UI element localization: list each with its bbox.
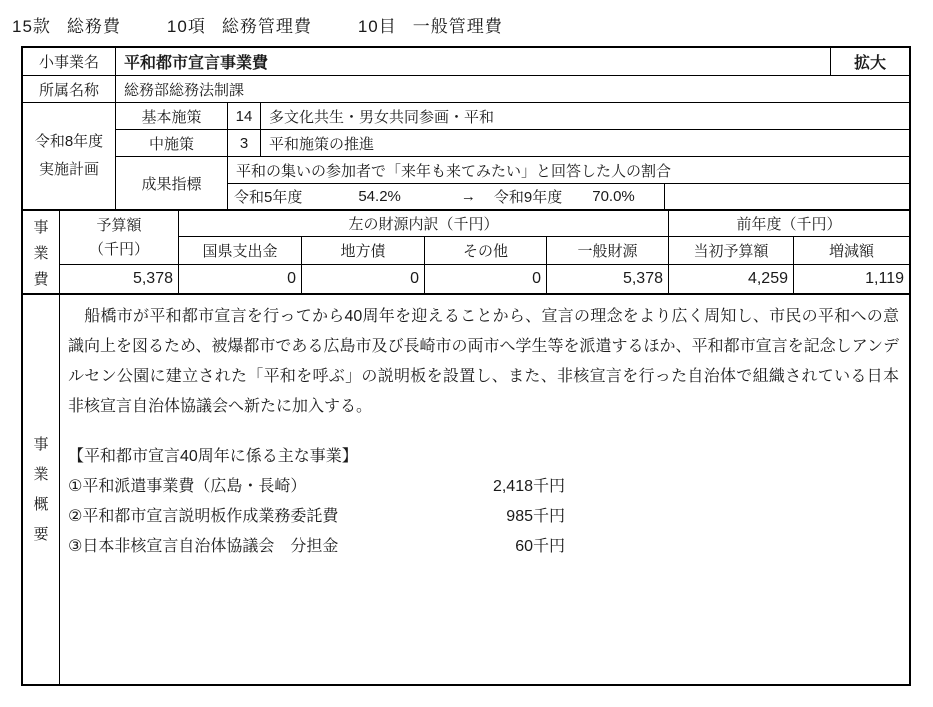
classification-moku: 10目 一般管理費 — [358, 12, 503, 37]
indicator-empty-cell — [665, 184, 909, 209]
plan-rows: 基本施策 14 多文化共生・男女共同参画・平和 中施策 3 平和施策の推進 成果… — [116, 103, 909, 209]
source-national-prefectural-value: 0 — [179, 265, 302, 293]
project-overview-section: 事 業 概 要 船橋市が平和都市宣言を行ってから40周年を迎えることから、宣言の… — [23, 293, 909, 684]
classification-kou: 10項 総務管理費 — [167, 12, 312, 37]
indicator-arrow: → — [461, 188, 476, 205]
outcome-indicator-label: 成果指標 — [116, 157, 228, 209]
indicator-base-value: 54.2% — [358, 188, 401, 205]
funding-sources-group-header: 左の財源内訳（千円） — [179, 211, 669, 237]
overview-label-char-3: 概 — [33, 490, 48, 520]
cost-label-char-2: 業 — [33, 242, 48, 263]
plan-year-label: 令和8年度 実施計画 — [23, 103, 116, 209]
previous-initial-budget-value: 4,259 — [669, 265, 794, 293]
indicator-target-year: 令和9年度 — [494, 186, 562, 207]
overview-label-char-4: 要 — [33, 520, 48, 550]
project-cost-section: 事 業 費 予算額 （千円） 左の財源内訳（千円） 前年度（千円） 国県支出金 … — [23, 209, 909, 293]
project-overview-content: 船橋市が平和都市宣言を行ってから40周年を迎えることから、宣言の理念をより広く周… — [60, 295, 909, 684]
previous-year-group-header: 前年度（千円） — [669, 211, 909, 237]
overview-item-1: ①平和派遣事業費（広島・長崎） 2,418千円 — [68, 472, 565, 502]
overview-label-char-1: 事 — [33, 430, 48, 460]
previous-initial-budget-header: 当初予算額 — [669, 237, 794, 265]
project-overview-vertical-label: 事 業 概 要 — [23, 295, 60, 684]
expansion-badge: 拡大 — [831, 48, 909, 75]
overview-label-char-2: 業 — [33, 460, 48, 490]
source-local-bonds-header: 地方債 — [302, 237, 425, 265]
mid-policy-label: 中施策 — [116, 130, 228, 156]
budget-sheet-table: 小事業名 平和都市宣言事業費 拡大 所属名称 総務部総務法制課 令和8年度 実施… — [21, 46, 911, 686]
mid-policy-row: 中施策 3 平和施策の推進 — [116, 130, 909, 157]
budget-amount-header-line1: 予算額 — [96, 214, 141, 238]
department-value: 総務部総務法制課 — [116, 76, 909, 102]
overview-item-2: ②平和都市宣言説明板作成業務委託費 985千円 — [68, 502, 565, 532]
overview-item-1-label: ①平和派遣事業費（広島・長崎） — [68, 472, 306, 502]
budget-classification-line: 15款 総務費 10項 総務管理費 10目 一般管理費 — [12, 12, 503, 37]
overview-paragraph: 船橋市が平和都市宣言を行ってから40周年を迎えることから、宣言の理念をより広く周… — [68, 302, 899, 422]
overview-item-3-amount: 60千円 — [515, 532, 565, 562]
previous-change-value: 1,119 — [794, 265, 909, 293]
outcome-indicator-block: 成果指標 平和の集いの参加者で「来年も来てみたい」と回答した人の割合 令和5年度… — [116, 157, 909, 209]
basic-policy-number: 14 — [228, 103, 261, 129]
budget-amount-value: 5,378 — [60, 265, 179, 293]
indicator-target-value: 70.0% — [592, 188, 635, 205]
overview-subheading: 【平和都市宣言40周年に係る主な事業】 — [68, 442, 899, 472]
cost-label-char-3: 費 — [33, 268, 48, 289]
outcome-indicator-content: 平和の集いの参加者で「来年も来てみたい」と回答した人の割合 令和5年度 54.2… — [228, 157, 909, 209]
overview-item-1-amount: 2,418千円 — [493, 472, 565, 502]
project-name-label: 小事業名 — [23, 48, 116, 75]
overview-item-3: ③日本非核宣言自治体協議会 分担金 60千円 — [68, 532, 565, 562]
project-name-row: 小事業名 平和都市宣言事業費 拡大 — [23, 48, 909, 76]
kan-name: 総務費 — [67, 12, 121, 37]
kou-name: 総務管理費 — [222, 12, 312, 37]
outcome-indicator-progress: 令和5年度 54.2% → 令和9年度 70.0% — [228, 184, 665, 209]
source-general-funds-value: 5,378 — [547, 265, 669, 293]
budget-amount-header-line2: （千円） — [89, 238, 149, 262]
outcome-indicator-progress-row: 令和5年度 54.2% → 令和9年度 70.0% — [228, 184, 909, 209]
basic-policy-label: 基本施策 — [116, 103, 228, 129]
source-other-value: 0 — [425, 265, 547, 293]
kan-code: 15款 — [12, 12, 51, 37]
source-local-bonds-value: 0 — [302, 265, 425, 293]
overview-item-2-label: ②平和都市宣言説明板作成業務委託費 — [68, 502, 338, 532]
source-other-header: その他 — [425, 237, 547, 265]
plan-year-label-line1: 令和8年度 — [35, 128, 103, 156]
outcome-indicator-description: 平和の集いの参加者で「来年も来てみたい」と回答した人の割合 — [228, 157, 909, 184]
department-row: 所属名称 総務部総務法制課 — [23, 76, 909, 103]
source-general-funds-header: 一般財源 — [547, 237, 669, 265]
implementation-plan-section: 令和8年度 実施計画 基本施策 14 多文化共生・男女共同参画・平和 中施策 3… — [23, 103, 909, 209]
moku-code: 10目 — [358, 12, 397, 37]
department-label: 所属名称 — [23, 76, 116, 102]
mid-policy-number: 3 — [228, 130, 261, 156]
project-name-value: 平和都市宣言事業費 — [116, 48, 831, 75]
budget-amount-header: 予算額 （千円） — [60, 211, 179, 265]
moku-name: 一般管理費 — [413, 12, 503, 37]
kou-code: 10項 — [167, 12, 206, 37]
cost-label-char-1: 事 — [33, 216, 48, 237]
indicator-base-year: 令和5年度 — [234, 186, 302, 207]
overview-item-3-label: ③日本非核宣言自治体協議会 分担金 — [68, 532, 338, 562]
overview-item-2-amount: 985千円 — [506, 502, 565, 532]
previous-change-header: 増減額 — [794, 237, 909, 265]
basic-policy-row: 基本施策 14 多文化共生・男女共同参画・平和 — [116, 103, 909, 130]
source-national-prefectural-header: 国県支出金 — [179, 237, 302, 265]
mid-policy-value: 平和施策の推進 — [261, 130, 909, 156]
project-cost-vertical-label: 事 業 費 — [23, 211, 60, 293]
classification-kan: 15款 総務費 — [12, 12, 121, 37]
basic-policy-value: 多文化共生・男女共同参画・平和 — [261, 103, 909, 129]
plan-year-label-line2: 実施計画 — [39, 156, 99, 184]
